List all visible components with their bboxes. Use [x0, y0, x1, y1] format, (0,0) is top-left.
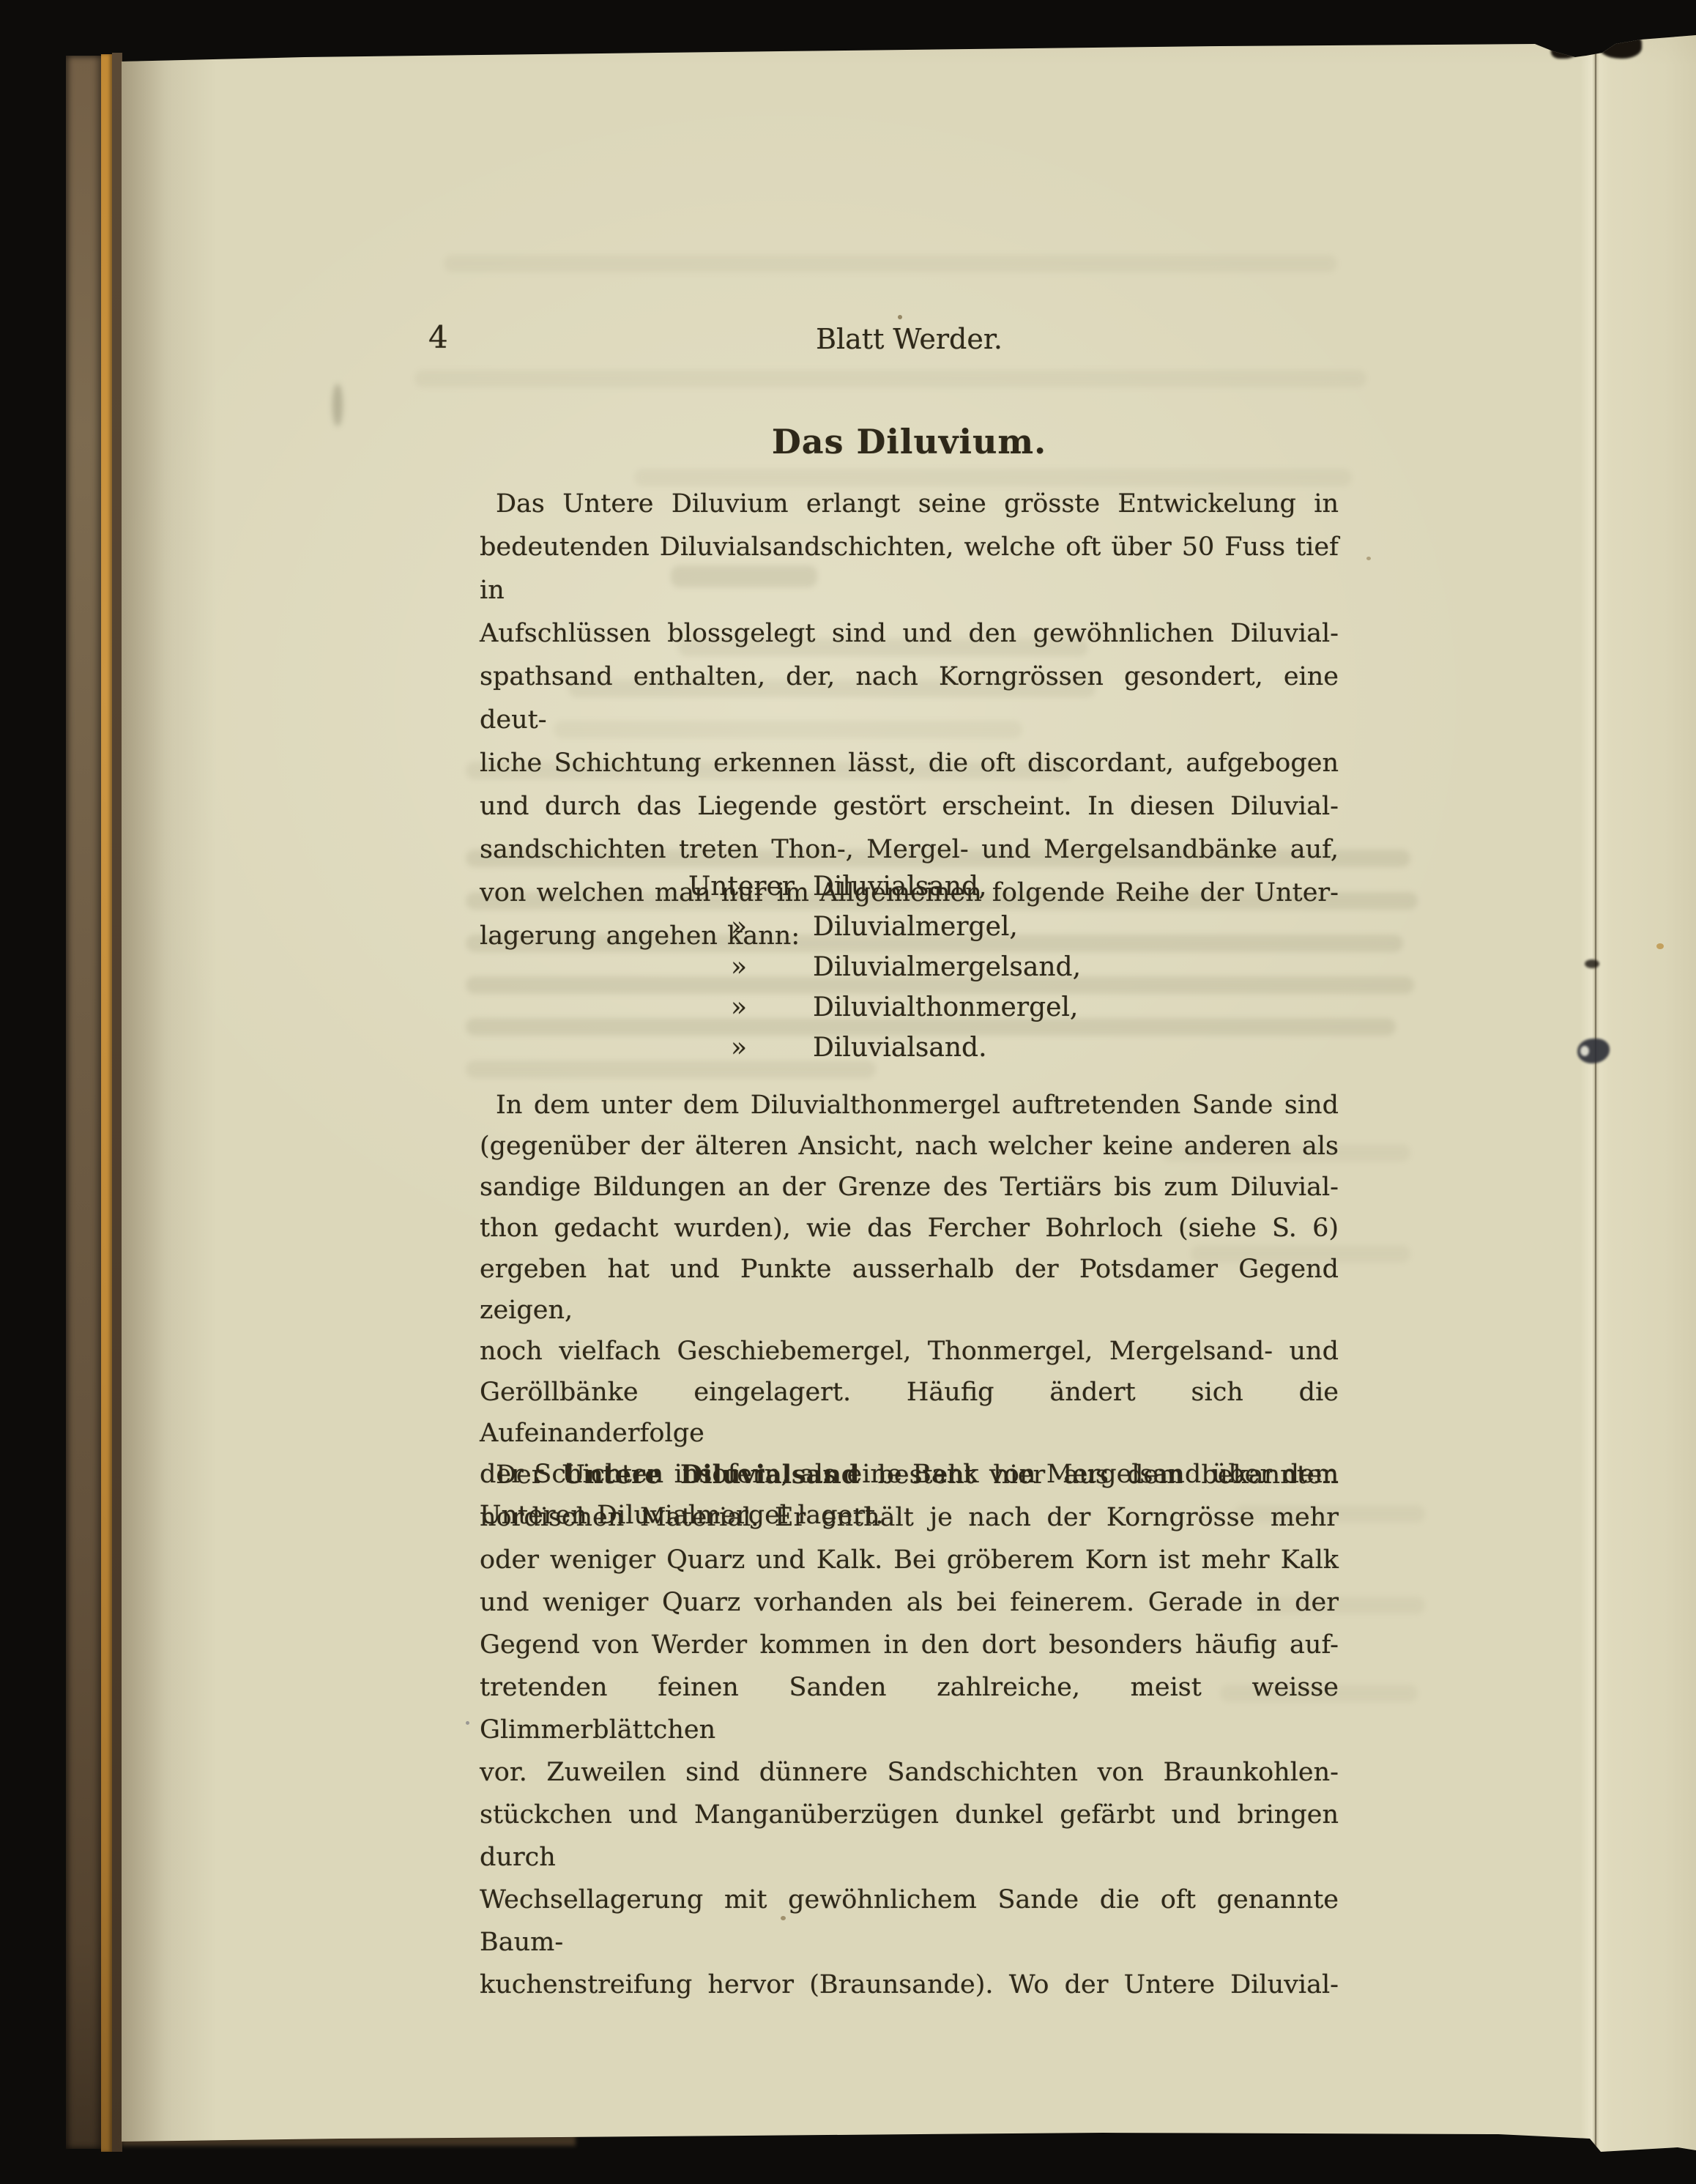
list-item-label: Diluvialmergel,	[813, 907, 1018, 947]
list-item: »Diluvialthonmergel,	[480, 987, 1339, 1028]
ditto-mark: »	[480, 987, 795, 1028]
ditto-mark: »	[480, 907, 795, 947]
ink-blot	[1585, 959, 1599, 968]
page-number: 4	[428, 321, 448, 354]
dust-speck	[898, 315, 902, 319]
text-line: spathsand enthalten, der, nach Korngröss…	[480, 655, 1339, 742]
pencil-smudge	[332, 384, 343, 426]
text-line: Das Untere Diluvium erlangt seine grösst…	[480, 483, 1339, 526]
dust-speck	[1366, 557, 1371, 560]
text-line: thon gedacht wurden), wie das Fercher Bo…	[480, 1208, 1339, 1249]
running-header: Blatt Werder.	[816, 323, 1003, 355]
text-line: Der Untere Diluvialsand besteht hier aus…	[480, 1454, 1339, 1496]
list-item-label: Diluvialsand,	[813, 866, 987, 907]
page-block-edge-orange	[101, 54, 112, 2152]
page: 4 Blatt Werder. Das Diluvium. Das Untere…	[122, 0, 1696, 2184]
text-line: In dem unter dem Diluvialthonmergel auft…	[480, 1085, 1339, 1126]
text-line: bedeutenden Diluvialsandschichten, welch…	[480, 526, 1339, 612]
body-paragraph-3: Der Untere Diluvialsand besteht hier aus…	[480, 1454, 1339, 2006]
text-line: (gegenüber der älteren Ansicht, nach wel…	[480, 1126, 1339, 1167]
list-item: »Diluvialsand.	[480, 1028, 1339, 1068]
page-block-edge-shadow	[112, 53, 122, 2152]
list-item: »Diluvialmergelsand,	[480, 947, 1339, 987]
text-line: oder weniger Quarz und Kalk. Bei gröbere…	[480, 1539, 1339, 1581]
list-item: UntererDiluvialsand,	[480, 866, 1339, 907]
gutter-shadow	[122, 0, 217, 2184]
show-through-line	[414, 370, 1366, 387]
list-label: Unterer	[480, 866, 795, 907]
text-line: und weniger Quarz vorhanden als bei fein…	[480, 1581, 1339, 1624]
list-item-label: Diluvialmergelsand,	[813, 947, 1081, 987]
text-line: Wechsellagerung mit gewöhnlichem Sande d…	[480, 1879, 1339, 1964]
list-item: »Diluvialmergel,	[480, 907, 1339, 947]
show-through-line	[444, 255, 1337, 272]
page-margin-right-tone	[1596, 29, 1696, 2153]
text-line: und durch das Liegende gestört erscheint…	[480, 785, 1339, 828]
text-line: liche Schichtung erkennen lässt, die oft…	[480, 742, 1339, 785]
text-line: sandige Bildungen an der Grenze des Tert…	[480, 1167, 1339, 1208]
stratigraphy-list: UntererDiluvialsand,»Diluvialmergel,»Dil…	[480, 866, 1339, 1068]
text-line: ergeben hat und Punkte ausserhalb der Po…	[480, 1249, 1339, 1331]
ditto-mark: »	[480, 1028, 795, 1068]
text-line: kuchenstreifung hervor (Braunsande). Wo …	[480, 1964, 1339, 2006]
list-item-label: Diluvialsand.	[813, 1028, 987, 1068]
text-line: tretenden feinen Sanden zahlreiche, meis…	[480, 1666, 1339, 1751]
text-line: noch vielfach Geschiebemergel, Thonmerge…	[480, 1331, 1339, 1372]
text-line: stückchen und Manganüberzügen dunkel gef…	[480, 1794, 1339, 1879]
scanned-book-page: 4 Blatt Werder. Das Diluvium. Das Untere…	[0, 0, 1696, 2184]
text-line: Geröllbänke eingelagert. Häufig ändert s…	[480, 1372, 1339, 1454]
list-item-label: Diluvialthonmergel,	[813, 987, 1078, 1028]
text-line: vor. Zuweilen sind dünnere Sandschichten…	[480, 1751, 1339, 1794]
dust-speck	[466, 1721, 469, 1725]
running-header-row: 4 Blatt Werder.	[480, 322, 1339, 356]
text-line: Gegend von Werder kommen in den dort bes…	[480, 1624, 1339, 1666]
text-line: Aufschlüssen blossgelegt sind und den ge…	[480, 612, 1339, 655]
section-title: Das Diluvium.	[480, 421, 1339, 462]
ditto-mark: »	[480, 947, 795, 987]
ink-blot	[1551, 38, 1580, 59]
text-line: sandschichten treten Thon-, Mergel- und …	[480, 828, 1339, 872]
text-line: nordischen Material. Er enthält je nach …	[480, 1496, 1339, 1539]
book-spine-edge	[66, 56, 103, 2149]
ink-blot	[1598, 34, 1642, 59]
